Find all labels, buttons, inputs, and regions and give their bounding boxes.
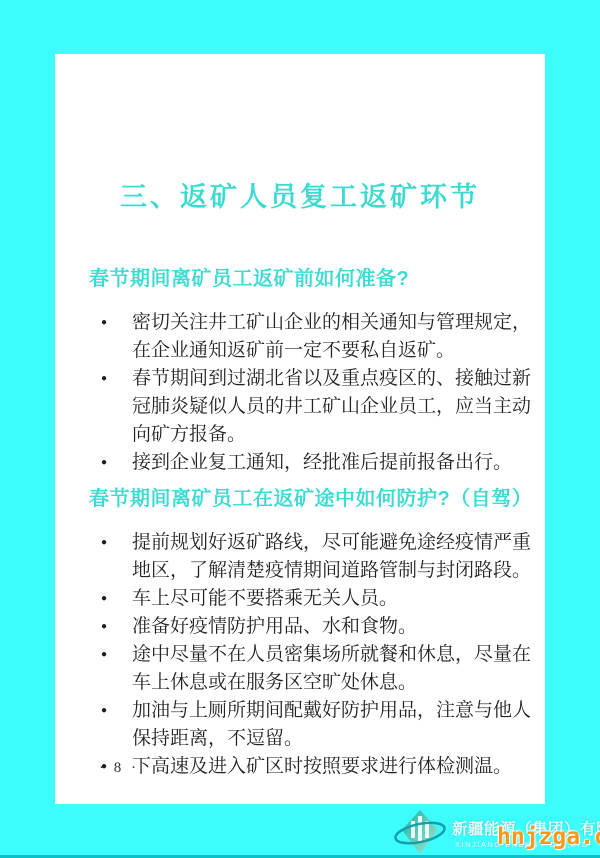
list-item-text: 春节期间到过湖北省以及重点疫区的、接触过新冠肺炎疑似人员的井工矿山企业员工，应当… [132,365,534,449]
list-item-text: 接到企业复工通知，经批准后提前报备出行。 [132,449,534,477]
list-item: ● 密切关注井工矿山企业的相关通知与管理规定，在企业通知返矿前一定不要私自返矿。 [101,309,535,365]
bullet-icon: ● [101,529,132,557]
watermark-url: hnjzga.com [497,824,600,850]
section-heading-travel-protection: 春节期间离矿员工在返矿途中如何防护?（自驾） [89,487,545,511]
bullet-icon: ● [101,309,132,337]
document-sheet: 三、返矿人员复工返矿环节 春节期间离矿员工返矿前如何准备? ● 密切关注井工矿山… [55,54,545,804]
list-item: ● 准备好疫情防护用品、水和食物。 [101,613,535,641]
section-heading-preparation: 春节期间离矿员工返矿前如何准备? [89,267,545,291]
list-item-text: 下高速及进入矿区时按照要求进行体检测温。 [132,753,534,781]
list-item: ● 接到企业复工通知，经批准后提前报备出行。 [101,449,535,477]
list-item-text: 准备好疫情防护用品、水和食物。 [132,613,534,641]
page-canvas: 三、返矿人员复工返矿环节 春节期间离矿员工返矿前如何准备? ● 密切关注井工矿山… [0,0,600,858]
list-item: ● 春节期间到过湖北省以及重点疫区的、接触过新冠肺炎疑似人员的井工矿山企业员工，… [101,365,535,449]
list-item-text: 提前规划好返矿路线，尽可能避免途经疫情严重地区，了解清楚疫情期间道路管制与封闭路… [132,529,534,585]
list-item-text: 加油与上厕所期间配戴好防护用品，注意与他人保持距离，不逗留。 [132,697,534,753]
list-item: ● 途中尽量不在人员密集场所就餐和休息，尽量在车上休息或在服务区空旷处休息。 [101,641,535,697]
list-item-text: 途中尽量不在人员密集场所就餐和休息，尽量在车上休息或在服务区空旷处休息。 [132,641,534,697]
bullet-icon: ● [101,585,132,613]
bullet-icon: ● [101,449,132,477]
travel-protection-list: ● 提前规划好返矿路线，尽可能避免途经疫情严重地区，了解清楚疫情期间道路管制与封… [55,529,545,781]
list-item: ● 加油与上厕所期间配戴好防护用品，注意与他人保持距离，不逗留。 [101,697,535,753]
list-item: ● 提前规划好返矿路线，尽可能避免途经疫情严重地区，了解清楚疫情期间道路管制与封… [101,529,535,585]
list-item-text: 车上尽可能不要搭乘无关人员。 [132,585,534,613]
company-logo-icon [394,808,446,858]
list-item: ● 下高速及进入矿区时按照要求进行体检测温。 [101,753,535,781]
bullet-icon: ● [101,365,132,393]
page-title: 三、返矿人员复工返矿环节 [55,181,545,213]
preparation-list: ● 密切关注井工矿山企业的相关通知与管理规定，在企业通知返矿前一定不要私自返矿。… [55,309,545,477]
bullet-icon: ● [101,697,132,725]
bullet-icon: ● [101,641,132,669]
list-item: ● 车上尽可能不要搭乘无关人员。 [101,585,535,613]
bullet-icon: ● [101,613,132,641]
footer-brand: 新疆能源（集团）有限责任公司 XINJIANG ENERGY CO.,LTD h… [394,806,600,858]
page-number: · 8 · [99,760,139,777]
list-item-text: 密切关注井工矿山企业的相关通知与管理规定，在企业通知返矿前一定不要私自返矿。 [132,309,534,365]
